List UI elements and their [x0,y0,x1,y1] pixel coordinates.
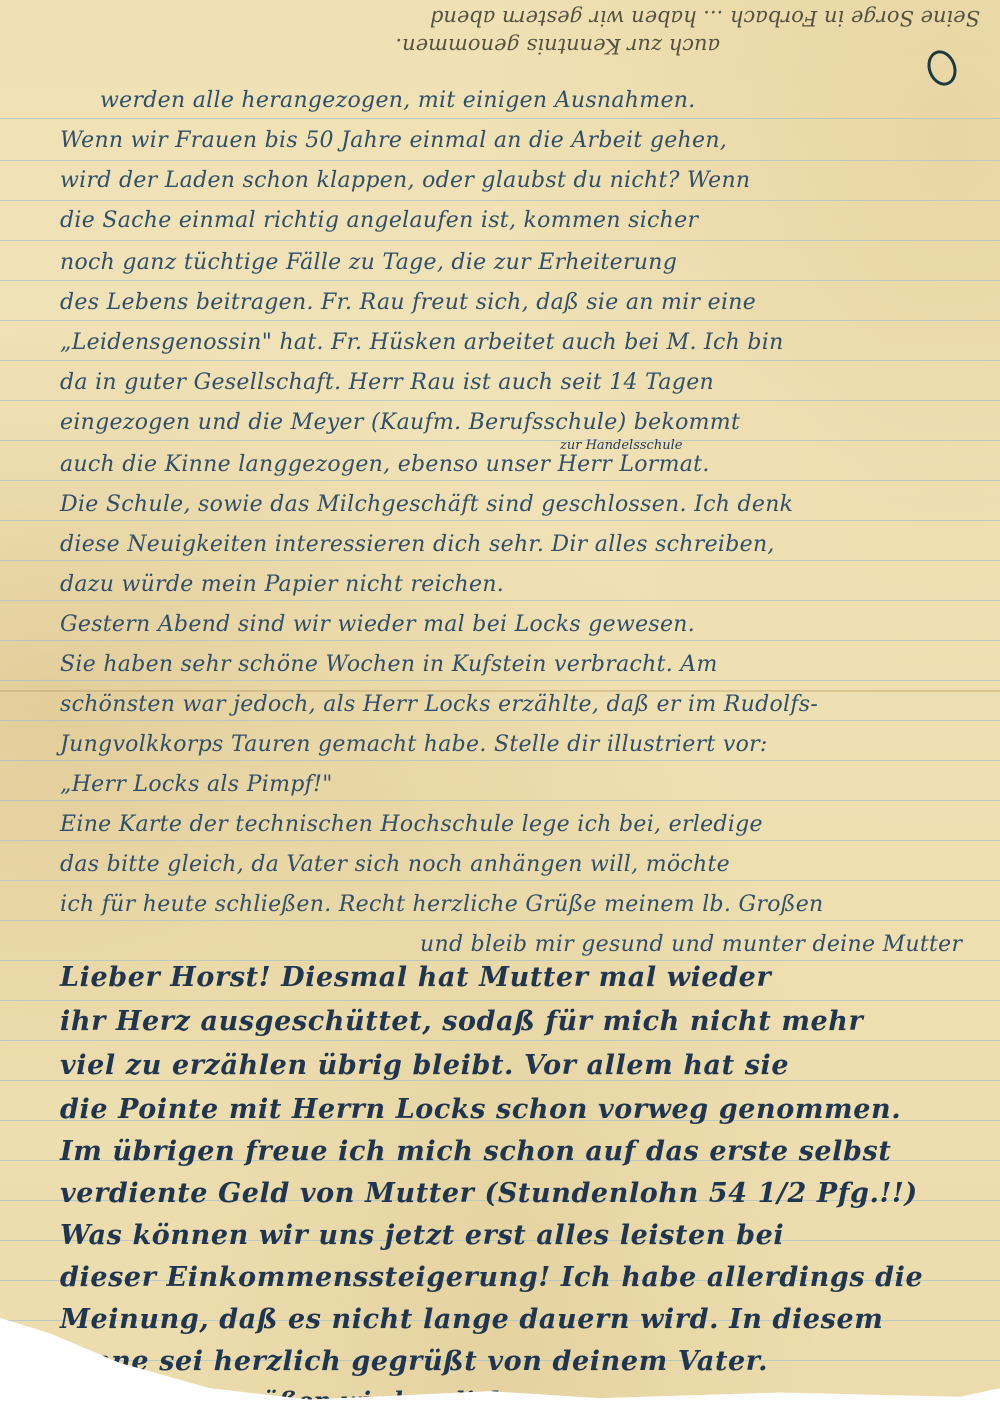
mother-line: schönsten war jedoch, als Herr Locks erz… [60,692,818,717]
mother-line: Jungvolkkorps Tauren gemacht habe. Stell… [60,732,768,757]
ruled-line [0,480,1000,481]
father-line: die Pointe mit Herrn Locks schon vorweg … [60,1094,901,1125]
mother-line: das bitte gleich, da Vater sich noch anh… [60,852,730,877]
mother-line: Eine Karte der technischen Hochschule le… [60,812,763,837]
father-line: Meinung, daß es nicht lange dauern wird.… [60,1304,883,1335]
mother-line: Die Schule, sowie das Milchgeschäft sind… [60,492,793,517]
ruled-line [0,200,1000,201]
ruled-line [0,960,1000,961]
upside-down-postscript: auch zur Kenntnis genommen. Seine Sorge … [20,4,980,60]
mother-line: ich für heute schließen. Recht herzliche… [60,892,824,917]
ruled-line [0,160,1000,161]
mother-line: „Herr Locks als Pimpf!" [60,772,333,797]
ruled-line [0,118,1000,119]
ruled-line [0,680,1000,681]
mother-line: Wenn wir Frauen bis 50 Jahre einmal an d… [60,128,727,153]
mother-line: dazu würde mein Papier nicht reichen. [60,572,504,597]
ruled-line [0,600,1000,601]
ruled-line [0,1000,1000,1001]
father-signature-line: Sinne sei herzlich gegrüßt von deinem Va… [60,1346,768,1377]
ruled-line [0,840,1000,841]
ruled-line [0,280,1000,281]
mother-line: auch die Kinne langgezogen, ebenso unser… [60,452,710,477]
postscript-line: auch zur Kenntnis genommen. [20,32,980,60]
father-line: verdiente Geld von Mutter (Stundenlohn 5… [60,1178,918,1209]
mother-line: wird der Laden schon klappen, oder glaub… [60,168,750,193]
father-line: Was können wir uns jetzt erst alles leis… [60,1220,784,1251]
father-line: ihr Herz ausgeschüttet, sodaß für mich n… [60,1006,863,1037]
mother-closing-line: und bleib mir gesund und munter deine Mu… [420,932,962,957]
postscript-line: Seine Sorge in Forbach ... haben wir ges… [20,4,980,32]
father-line: viel zu erzählen übrig bleibt. Vor allem… [60,1050,789,1081]
mother-line: die Sache einmal richtig angelaufen ist,… [60,208,698,233]
father-line: dieser Einkommenssteigerung! Ich habe al… [60,1262,923,1293]
ruled-line [0,240,1000,241]
mother-line: „Leidensgenossin" hat. Fr. Hüsken arbeit… [60,330,784,355]
ruled-line [0,560,1000,561]
ruled-line [0,440,1000,441]
ruled-line [0,1040,1000,1041]
interlinear-insertion: zur Handelsschule [560,438,682,453]
mother-line: diese Neuigkeiten interessieren dich seh… [60,532,775,557]
ruled-line [0,640,1000,641]
ruled-line [0,320,1000,321]
father-line: Im übrigen freue ich mich schon auf das … [60,1136,891,1167]
ruled-line [0,360,1000,361]
mother-line: da in guter Gesellschaft. Herr Rau ist a… [60,370,714,395]
ruled-line [0,760,1000,761]
ruled-line [0,920,1000,921]
mother-line: noch ganz tüchtige Fälle zu Tage, die zu… [60,250,677,275]
mother-line: werden alle herangezogen, mit einigen Au… [100,88,696,113]
mother-line: Sie haben sehr schöne Wochen in Kufstein… [60,652,718,677]
father-line: Lieber Horst! Diesmal hat Mutter mal wie… [60,962,771,993]
ruled-line [0,880,1000,881]
mother-line: Gestern Abend sind wir wieder mal bei Lo… [60,612,695,637]
mother-line: des Lebens beitragen. Fr. Rau freut sich… [60,290,756,315]
ruled-line [0,400,1000,401]
ruled-line [0,720,1000,721]
ruled-line [0,520,1000,521]
ruled-line [0,800,1000,801]
letter-paper: auch zur Kenntnis genommen. Seine Sorge … [0,0,1000,1408]
father-postscript-line: Anne Heinz grüßen wir herzlich. [60,1386,517,1415]
mother-line: eingezogen und die Meyer (Kaufm. Berufss… [60,410,740,435]
